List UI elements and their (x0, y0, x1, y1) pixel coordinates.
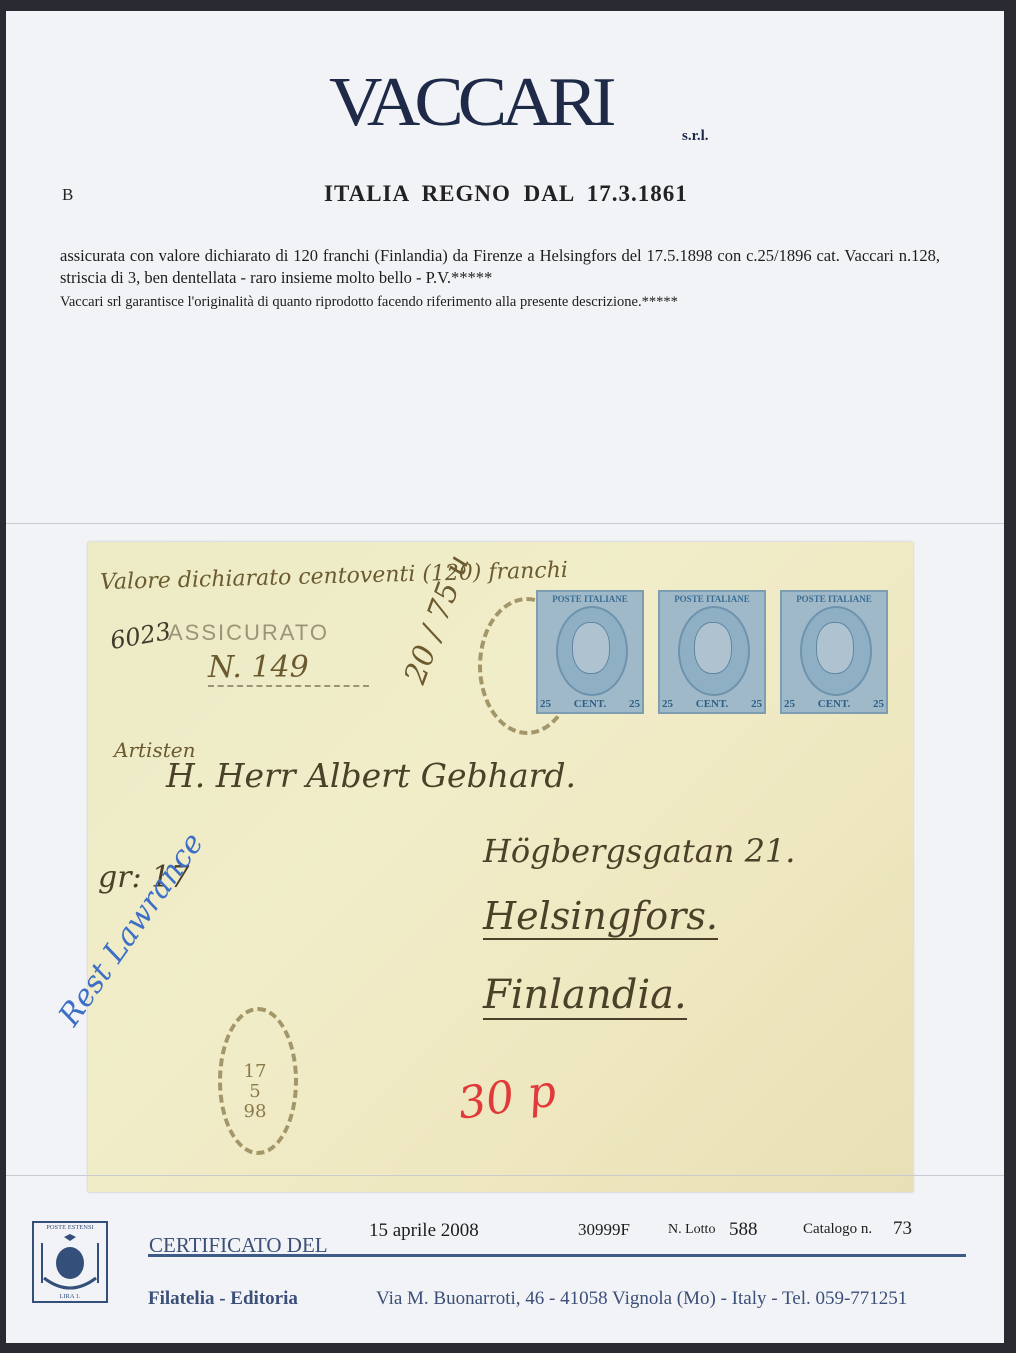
postmark-date: 17598 (238, 1062, 272, 1122)
fold-line-lower (6, 1175, 1004, 1176)
city: Helsingfors. (483, 894, 718, 940)
section-letter: B (62, 185, 73, 205)
stamp-2: POSTE ITALIANE 25CENT.25 (658, 590, 766, 714)
guarantee-statement: Vaccari srl garantisce l'originalità di … (60, 294, 678, 311)
poste-estensi-emblem-icon: POSTE ESTENSI LIRA 1. (32, 1221, 108, 1303)
vaccari-logo: VACCARI (329, 67, 611, 137)
region-title: ITALIA REGNO DAL 17.3.1861 (324, 181, 688, 207)
king-portrait-icon (572, 622, 610, 674)
eagle-icon (34, 1233, 106, 1295)
catalog-value: 73 (893, 1218, 912, 1240)
lot-number-value: 588 (729, 1219, 758, 1241)
footer-divider (148, 1254, 966, 1257)
fold-line (6, 523, 1004, 524)
fee-red-note: 30 p (455, 1065, 559, 1129)
declared-value-note: Valore dichiarato centoventi (120) franc… (100, 558, 568, 595)
lot-description: assicurata con valore dichiarato di 120 … (60, 245, 940, 289)
catalog-label: Catalogo n. (803, 1221, 872, 1238)
street-address: Högbergsgatan 21. (483, 832, 795, 870)
lot-number-label: N. Lotto (668, 1222, 715, 1238)
registered-number: N. 149 (208, 650, 369, 687)
logo-suffix: s.r.l. (682, 128, 709, 145)
stamp-1: POSTE ITALIANE 25CENT.25 (536, 590, 644, 714)
certificate-code: 30999F (578, 1220, 630, 1240)
company-address: Via M. Buonarroti, 46 - 41058 Vignola (M… (376, 1288, 907, 1310)
stamp-3: POSTE ITALIANE 25CENT.25 (780, 590, 888, 714)
brand-tagline: Filatelia - Editoria (148, 1288, 298, 1310)
registered-cachet: ASSICURATO (168, 620, 329, 646)
certificate-date: 15 aprile 2008 (369, 1220, 479, 1242)
annotation-left: 6023 (108, 617, 173, 655)
king-portrait-icon (694, 622, 732, 674)
envelope-cover: Valore dichiarato centoventi (120) franc… (88, 542, 913, 1192)
country: Finlandia. (483, 972, 687, 1020)
king-portrait-icon (816, 622, 854, 674)
addressee-name: H. Herr Albert Gebhard. (166, 756, 576, 795)
